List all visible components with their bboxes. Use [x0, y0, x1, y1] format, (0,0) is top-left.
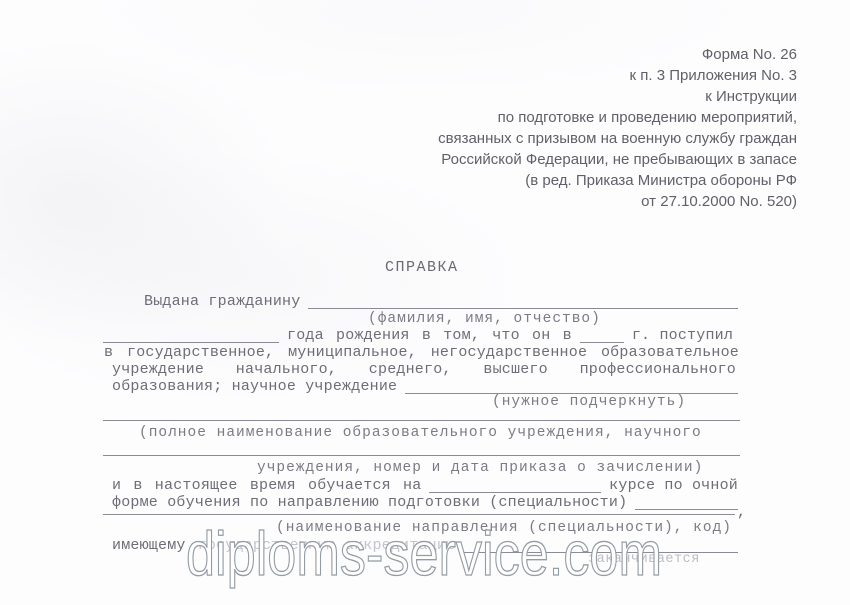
form-header-block: Форма No. 26 к п. 3 Приложения No. 3 к И… [438, 44, 797, 212]
header-line: Форма No. 26 [438, 44, 797, 65]
current-study-text-end: курсе по очной [609, 477, 738, 494]
birth-year-blank-field [103, 327, 279, 343]
issued-to-line: Выдана гражданину [112, 293, 738, 310]
header-line: к Инструкции [438, 86, 797, 107]
accreditation-blank-field [463, 537, 738, 553]
enrollment-order-caption: учреждения, номер и дата приказа о зачис… [257, 460, 703, 476]
fio-blank-field [308, 293, 738, 309]
birth-year-line: года рождения в том, что он в г. поступи… [103, 327, 738, 344]
document-title: СПРАВКА [385, 259, 459, 276]
current-study-line: и в настоящее время обучается на курсе п… [112, 477, 738, 494]
science-institution-label: образования; научное учреждение [112, 378, 397, 395]
fio-caption: (фамилия, имя, отчество) [368, 311, 601, 327]
header-line: от 27.10.2000 No. 520) [438, 191, 797, 212]
specialty-caption: (наименование направления (специальности… [276, 520, 732, 536]
science-institution-blank-field [405, 378, 738, 394]
header-line: (в ред. Приказа Министра обороны РФ [438, 170, 797, 191]
header-line: по подготовке и проведению мероприятий, [438, 107, 797, 128]
header-line: Российской Федерации, не пребывающих в з… [438, 149, 797, 170]
issued-to-label: Выдана гражданину [144, 293, 300, 310]
enroll-year-blank-field [580, 327, 624, 343]
specialty-name-blank-field [103, 498, 735, 515]
trailing-comma: , [737, 504, 746, 521]
institution-type-line2: учреждение начального, среднего, высшего… [112, 361, 736, 378]
faint-text-fragment: заканчивается [588, 552, 700, 567]
birth-year-text: года рождения в том, что он в [287, 327, 572, 344]
accreditation-obscured-text: государственную аккредитацию [198, 537, 456, 554]
accreditation-label: имеющему [112, 537, 186, 554]
header-line: связанных с призывом на военную службу г… [438, 128, 797, 149]
header-line: к п. 3 Приложения No. 3 [438, 65, 797, 86]
institution-type-line1: в государственное, муниципальное, негосу… [104, 344, 739, 361]
course-number-blank-field [429, 477, 601, 493]
enrolled-text: г. поступил [632, 327, 733, 344]
institution-name-blank-field [103, 404, 740, 421]
enrollment-order-blank-field [103, 439, 740, 456]
scanned-certificate-page: Форма No. 26 к п. 3 Приложения No. 3 к И… [0, 0, 850, 605]
current-study-text-start: и в настоящее время обучается на [112, 477, 421, 494]
science-institution-line: образования; научное учреждение [112, 378, 738, 395]
